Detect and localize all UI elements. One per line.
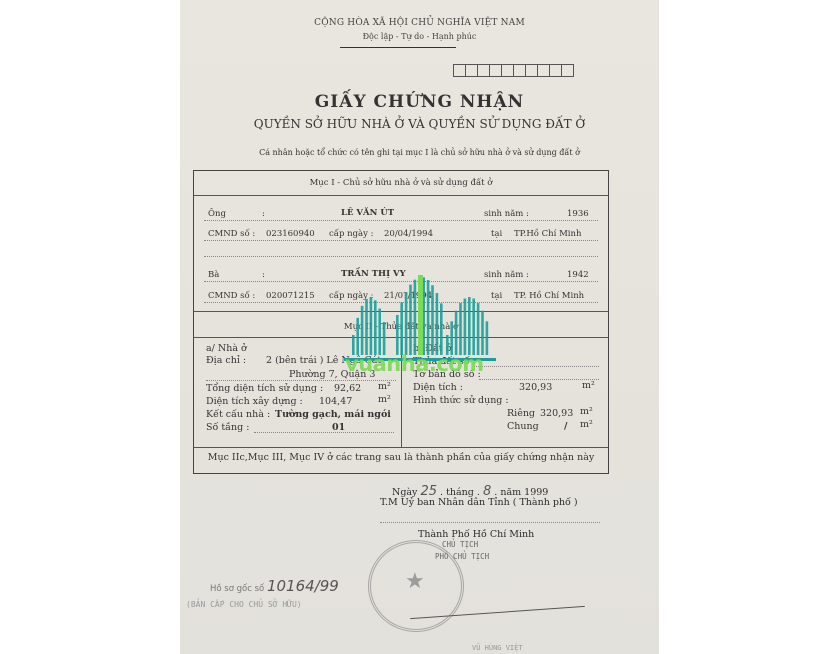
certificate-document: CỘNG HÒA XÃ HỘI CHỦ NGHĨA VIỆT NAM Độc l… [180,0,659,654]
file-number: 10164/99 [267,577,339,595]
motto-underline [340,47,456,48]
file-record: Hồ sơ gốc số 10164/99 [210,577,339,595]
floors-label: Số tầng : [206,422,249,433]
total-area-label: Tổng diện tích sử dụng : [206,383,323,394]
signer-name: VŨ HÙNG VIỆT [472,644,523,652]
owner2-id-label: CMND số : [208,291,255,301]
document-title: GIẤY CHỨNG NHẬN [180,92,659,112]
footer-note: Mục IIc,Mục III, Mục IV ở các trang sau … [194,452,608,463]
national-motto: Độc lập - Tự do - Hạnh phúc [180,32,659,41]
shared-label: Chung [507,421,539,432]
owner1-issued-label: cấp ngày : [329,229,373,239]
owner2-title: Bà [208,270,219,280]
structure-label: Kết cấu nhà : [206,409,270,420]
owner1-id-number: 023160940 [266,229,315,239]
shared-area-value: / [564,421,567,432]
serial-number-boxes [453,64,573,77]
build-area-label: Diện tích xây dựng : [206,396,303,407]
private-label: Riêng [507,408,535,419]
issuing-authority: T.M Uỷ ban Nhân dân Tỉnh ( Thành phố ) [380,497,578,508]
house-heading: a/ Nhà ở [206,343,247,354]
owner1-place-label: tại [491,229,502,239]
star-icon: ★ [405,569,425,594]
owner1-birth-label: sinh năm : [484,209,529,219]
owner1-title: Ông [208,209,226,219]
owner1-place: TP.Hồ Chí Minh [514,229,581,239]
land-area-value: 320,93 [519,382,552,393]
owner1-birth-year: 1936 [567,209,589,219]
section1-heading: Mục I - Chủ sở hữu nhà ở và sử dụng đất … [194,178,608,188]
owner1-issued-date: 20/04/1994 [384,229,433,239]
private-area-value: 320,93 [540,408,573,419]
owner1-id-label: CMND số : [208,229,255,239]
watermark-text: vuanha.com [345,352,484,376]
stamp-title-chairman: CHỦ TỊCH [442,540,478,549]
owner2-place: TP. Hồ Chí Minh [514,291,584,301]
issuing-city: Thành Phố Hồ Chí Minh [418,529,534,540]
document-subtitle: QUYỀN SỞ HỮU NHÀ Ở VÀ QUYỀN SỬ DỤNG ĐẤT … [180,117,659,131]
owner1-name: LÊ VĂN ÚT [341,208,394,218]
floors-value: 01 [332,422,345,433]
usage-label: Hình thức sử dụng : [413,395,509,406]
copy-note: (BẢN CẤP CHO CHỦ SỞ HỮU) [186,600,302,609]
structure-value: Tường gạch, mái ngói [275,409,391,420]
address-label: Địa chỉ : [206,355,246,366]
intro-text: Cá nhân hoặc tổ chức có tên ghi tại mục … [180,148,659,157]
nation-header: CỘNG HÒA XÃ HỘI CHỦ NGHĨA VIỆT NAM [180,18,659,28]
owner2-id-number: 020071215 [266,291,315,301]
build-area-value: 104,47 [319,396,352,407]
serial-box [561,64,574,77]
owner2-birth-year: 1942 [567,270,589,280]
